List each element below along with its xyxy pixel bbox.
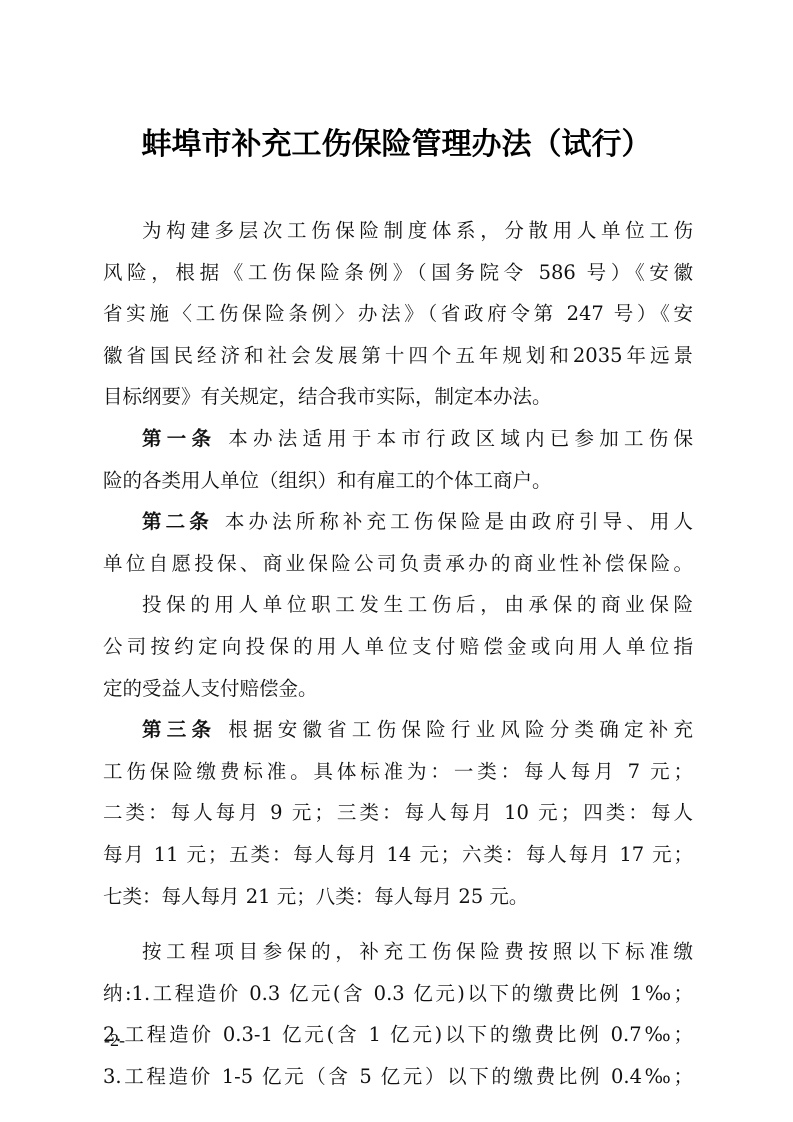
text-line: 省实施〈工伤保险条例〉办法》（省政府令第 247 号）《安 (103, 293, 693, 335)
text-line: 第一条本办法适用于本市行政区域内已参加工伤保 (103, 418, 693, 460)
text-line: 工伤保险缴费标准。具体标准为：一类：每人每月 7 元； (103, 751, 693, 793)
document-title: 蚌埠市补充工伤保险管理办法（试行） (0, 120, 793, 170)
text-line: 3.工程造价 1-5 亿元（含 5 亿元）以下的缴费比例 0.4‰； (103, 1056, 693, 1098)
text-line: 第二条本办法所称补充工伤保险是由政府引导、用人 (103, 501, 693, 543)
text-line: 七类：每人每月 21 元；八类：每人每月 25 元。 (103, 876, 693, 918)
text-line: 公司按约定向投保的用人单位支付赔偿金或向用人单位指 (103, 626, 693, 668)
text-line: 纳:1.工程造价 0.3 亿元(含 0.3 亿元)以下的缴费比例 1‰； (103, 973, 693, 1015)
text-line: 2.工程造价 0.3-1 亿元(含 1 亿元)以下的缴费比例 0.7‰； (103, 1014, 693, 1056)
text-line: 按工程项目参保的，补充工伤保险费按照以下标准缴 (103, 931, 693, 973)
article-label: 第一条 (142, 427, 216, 450)
paragraph-preamble: 为构建多层次工伤保险制度体系，分散用人单位工伤 风险，根据《工伤保险条例》（国务… (103, 210, 693, 418)
text-line: 单位自愿投保、商业保险公司负责承办的商业性补偿保险。 (103, 543, 693, 585)
article-text: 本办法所称补充工伤保险是由政府引导、用人 (225, 510, 693, 533)
paragraph-gap (103, 917, 693, 931)
text-line: 第三条根据安徽省工伤保险行业风险分类确定补充 (103, 709, 693, 751)
text-line: 定的受益人支付赔偿金。 (103, 668, 693, 710)
article-text: 根据安徽省工伤保险行业风险分类确定补充 (228, 718, 693, 741)
article-text: 本办法适用于本市行政区域内已参加工伤保 (228, 427, 693, 450)
text-line: 每月 11 元；五类：每人每月 14 元；六类：每人每月 17 元； (103, 834, 693, 876)
paragraph-article-1: 第一条本办法适用于本市行政区域内已参加工伤保 险的各类用人单位（组织）和有雇工的… (103, 418, 693, 501)
text-line: 徽省国民经济和社会发展第十四个五年规划和2035年远景 (103, 335, 693, 377)
text-line: 目标纲要》有关规定，结合我市实际，制定本办法。 (103, 376, 693, 418)
paragraph-article-2: 第二条本办法所称补充工伤保险是由政府引导、用人 单位自愿投保、商业保险公司负责承… (103, 501, 693, 584)
text-line: 为构建多层次工伤保险制度体系，分散用人单位工伤 (103, 210, 693, 252)
text-line: 风险，根据《工伤保险条例》（国务院令 586 号）《安徽 (103, 252, 693, 294)
text-line: 投保的用人单位职工发生工伤后，由承保的商业保险 (103, 584, 693, 626)
document-page: 蚌埠市补充工伤保险管理办法（试行） 为构建多层次工伤保险制度体系，分散用人单位工… (0, 0, 793, 1122)
page-number: -2- (104, 1030, 125, 1051)
article-label: 第二条 (142, 510, 213, 533)
paragraph-article-3: 第三条根据安徽省工伤保险行业风险分类确定补充 工伤保险缴费标准。具体标准为：一类… (103, 709, 693, 917)
text-line: 二类：每人每月 9 元；三类：每人每月 10 元；四类：每人 (103, 792, 693, 834)
paragraph-article-2-continued: 投保的用人单位职工发生工伤后，由承保的商业保险 公司按约定向投保的用人单位支付赔… (103, 584, 693, 709)
article-label: 第三条 (142, 718, 216, 741)
document-body: 为构建多层次工伤保险制度体系，分散用人单位工伤 风险，根据《工伤保险条例》（国务… (103, 210, 693, 1097)
text-line: 险的各类用人单位（组织）和有雇工的个体工商户。 (103, 460, 693, 502)
paragraph-article-3-continued: 按工程项目参保的，补充工伤保险费按照以下标准缴 纳:1.工程造价 0.3 亿元(… (103, 931, 693, 1097)
